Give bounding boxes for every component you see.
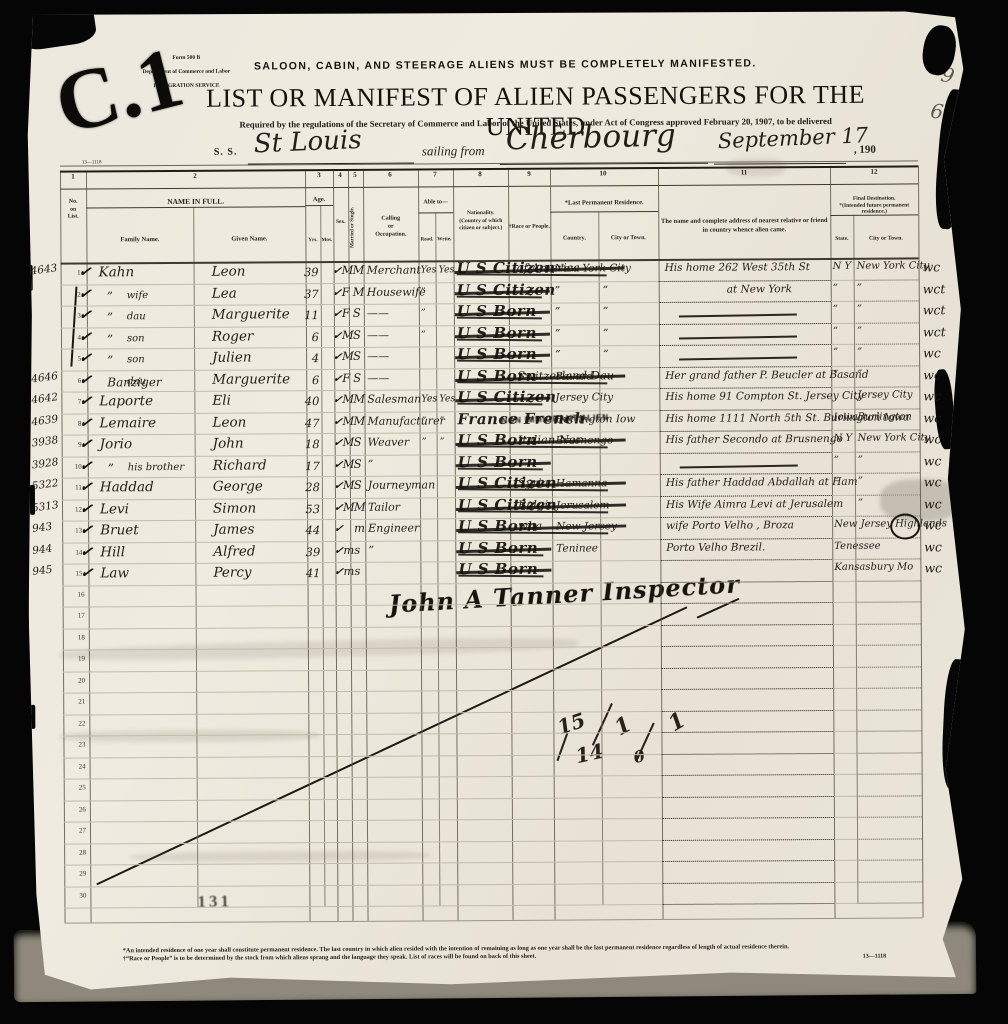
year-label: , 190 [854,144,876,156]
col12-dotted-line [857,838,922,839]
read-value: ” [421,329,426,340]
residence-country: ” [555,349,560,361]
marital-value: S [353,349,361,363]
col11-dotted-line [662,881,834,883]
age-value: 6 [301,330,319,344]
destination-city: New York City [857,260,930,271]
age-value: 28 [302,480,320,494]
column-number: 3 [311,171,327,179]
header-mos: Mos. [320,237,333,243]
col11-dotted-line [662,752,834,754]
family-name: Laporte [99,393,153,409]
occupation-value: —— [367,328,389,341]
relative-address: His home 262 West 35th St [665,261,810,274]
nationality-note: Belgia [518,497,555,511]
column-number: 10 [595,169,611,177]
destination-state: ” [834,476,839,487]
relative-address: His Wife Aimra Levi at Jerusalem [666,497,843,510]
sailing-date: September 17 [717,123,868,153]
residence-city: ” [603,305,608,317]
destination-city: ” [858,454,863,465]
check-mark: ✓ [78,283,93,303]
residence-country: Brusnengo [556,434,614,446]
sailing-from-label: sailing from [422,143,485,159]
scanned-manifest-page: Form 500 B Department of Commerce and La… [0,0,1008,1024]
header-city: City or Town. [598,235,658,241]
marital-value: S [353,306,361,320]
margin-check-mark: wc [924,560,942,575]
read-value: ” [421,286,426,297]
footer-form-code: 13—1118 [863,954,886,960]
residence-country: ” [555,327,560,339]
destination-city: ” [857,325,862,336]
header-country: Country. [550,235,598,241]
given-name: Alfred [213,543,255,559]
header-given: Given Name. [193,235,305,243]
column-number: 11 [736,168,752,176]
header-dest-city: City or Town. [853,235,918,241]
relative-dash-line [679,314,797,317]
column-number: 8 [472,170,488,178]
torn-edge-blob [940,659,970,790]
torn-edge-blob [14,0,97,52]
check-mark: ✓ [79,498,94,518]
col12-dotted-line [856,666,921,667]
given-name: Marguerite [212,306,290,322]
residence-country: Hamanna [556,477,607,489]
occupation-value: Engineer [368,521,419,534]
check-mark: ✓ [78,391,93,411]
relationship: son [127,333,145,344]
smudge [130,850,430,862]
residence-country: New Jersey [556,520,617,532]
header-relative: The name and complete address of nearest… [658,216,830,235]
margin-check-mark: wc [924,496,942,511]
row-number: 18 [65,633,85,641]
residence-country: Jersey City [555,391,613,403]
margin-group-number: 4646 [31,370,59,385]
destination-city: Burlington [857,411,911,422]
tally-digit: 1 [610,711,636,741]
residence-city: ” [603,284,608,296]
row-number: 25 [66,784,86,792]
occupation-value: —— [367,371,389,384]
col11-dotted-line [661,623,833,625]
col12-dotted-line [857,816,922,817]
marital-value: M [353,263,365,277]
margin-check-mark: wc [924,453,942,468]
row-number: 29 [66,870,86,878]
cross-out-stroke [457,338,542,341]
col12-dotted-line [857,795,922,796]
age-value: 40 [301,394,319,408]
given-name: Eli [212,393,231,409]
family-name: Levi [100,501,129,517]
margin-group-number: 4643 [30,262,58,277]
col11-dotted-line [661,688,833,690]
check-mark: ✓ [79,563,94,583]
residence-country: ” [555,284,560,296]
col12-dotted-line [857,902,922,903]
family-name: Hill [100,544,125,560]
given-name: James [213,521,254,537]
age-value: 39 [302,545,320,559]
header-read: Read. [418,236,435,242]
header-nationality: Nationality. (Country of which citizen o… [453,210,508,233]
header-no: No. on List. [60,199,86,222]
grid-hline [60,183,918,189]
margin-check-mark: wc [923,367,941,382]
read-value: ” [422,436,427,447]
margin-check-mark: wc [924,474,942,489]
header-calling: Calling or Occupation. [363,214,418,238]
age-value: 6 [301,373,319,387]
check-mark: ✓ [78,412,93,432]
marital-value: S [354,435,362,449]
col12-dotted-line [857,773,922,774]
col11-dotted-line [661,602,833,604]
diagonal-line-short [697,598,740,619]
write-value: Yes [439,264,455,275]
marital-value: S [354,456,362,470]
marital-value: s [354,564,360,578]
age-value: 18 [302,437,320,451]
destination-state: N Y [834,433,853,444]
age-value: 4 [301,351,319,365]
grid-header-rule [418,212,453,213]
occupation-value: Weaver [368,436,410,449]
age-value: 53 [302,502,320,516]
check-mark: ✓ [79,520,94,540]
header-name: NAME IN FULL. [86,196,305,206]
manifest-paper: Form 500 B Department of Commerce and La… [25,9,971,995]
family-name: Haddad [100,479,154,495]
col11-dotted-line [662,817,834,819]
write-value: ” [439,415,444,426]
age-value: 39 [301,265,319,279]
header-able: Able to— [418,199,453,205]
destination-city: ” [858,476,863,487]
check-mark: ✓ [78,434,93,454]
row-number: 22 [65,719,85,727]
relative-address: His father Secondo at Brusnengo [666,433,843,446]
destination-state: Kansasbury Mo [834,561,913,572]
col11-dotted-line [662,903,834,905]
row-number: 21 [65,698,85,706]
header-age: Age. [305,196,333,203]
marital-value: M [353,392,365,406]
relative-address: Porto Velho Brezil. [666,541,765,554]
destination-state: Iowa [833,411,858,422]
residence-country: New York City [555,262,631,274]
row-number: 24 [66,762,86,770]
margin-group-number: 5313 [31,499,59,514]
col12-dotted-line [856,730,921,731]
relationship: wife [127,290,148,301]
margin-check-mark: wc [923,410,941,425]
residence-city: ” [603,348,608,360]
occupation-value: —— [367,307,389,320]
residence-country: ” [555,306,560,318]
occupation-value: Tailor [368,500,400,513]
header-married: Married or Single. [349,199,362,257]
family-name: ” [108,461,114,475]
check-mark: ✓ [78,369,93,389]
occupation-value: Merchant [367,263,421,276]
destination-state: ” [833,347,838,358]
margin-group-number: 944 [32,542,53,556]
marital-value: S [353,327,361,341]
occupation-value: ” [368,457,374,470]
family-name: Law [100,565,129,581]
given-name: Simon [213,500,256,516]
destination-state: N Y [833,261,852,272]
relationship: his brother [128,461,184,472]
margin-group-number: 5322 [31,477,59,492]
margin-check-mark: wc [924,539,942,554]
write-value: ” [440,436,445,447]
check-mark: ✓ [79,455,94,475]
table-row: 94515✓LawPercy41✓msU S BornKansasbury Mo… [28,558,968,586]
residence-country: Burlington Iow [555,413,635,425]
header-dest: Final Destination. *(Intended future per… [830,195,918,215]
header-yrs: Yrs. [305,237,320,243]
grid-header-rule [86,206,305,208]
sex-value: m [343,564,354,578]
margin-check-mark: wct [923,302,946,317]
margin-group-number: 3928 [31,456,59,471]
row-number: 30 [66,891,86,899]
col12-dotted-line [856,709,921,710]
check-mark: ✓ [77,262,92,282]
column-number: 6 [382,171,398,179]
given-name: Leon [212,264,246,280]
destination-city: ” [857,304,862,315]
age-value: 37 [301,287,319,301]
destination-state: ” [833,368,838,379]
row-number: 28 [66,848,86,856]
sex-value: F [342,284,350,298]
write-value: Yes [439,393,455,404]
destination-city: ” [858,497,863,508]
margin-group-number: 945 [32,564,53,578]
given-name: Leon [212,414,246,430]
ship-name: St Louis [253,125,362,159]
read-value: Yes [421,393,437,404]
margin-group-number: 4639 [31,413,59,428]
residence-country: Teninee [556,542,598,554]
age-value: 17 [302,459,320,473]
relative-address: His father Haddad Abdallah at Ham [666,476,858,489]
family-name: Jorio [100,436,133,452]
col11-dotted-line [662,860,834,862]
sex-value: m [343,542,354,556]
col12-dotted-line [856,623,921,624]
col12-dotted-line [856,601,921,602]
col12-dotted-line [857,752,922,753]
marital-value: m [354,521,365,535]
row-number: 17 [65,612,85,620]
margin-check-mark: wc [923,345,941,360]
header-sex: Sex. [333,219,348,225]
col12-dotted-line [857,881,922,882]
col12-dotted-line [857,859,922,860]
check-mark: ✓ [78,305,93,325]
row-number: 27 [66,827,86,835]
marital-value: S [353,370,361,384]
given-name: Percy [213,565,251,581]
column-number: 4 [332,171,348,179]
ss-label: S. S. [214,147,238,158]
header-write: Write. [435,236,453,242]
header-family: Family Name. [86,236,193,244]
relative-address: wife Porto Velho , Broza [666,519,794,532]
margin-check-mark: wc [924,517,942,532]
age-value: 41 [302,566,320,580]
sex-value: F [342,370,350,384]
destination-city: Jersey City [857,389,912,400]
col11-dotted-line [662,795,834,797]
margin-check-mark: wct [923,281,946,296]
check-mark: ✓ [78,326,93,346]
grid-header-rule [305,205,333,206]
margin-check-mark: wc [924,431,942,446]
destination-city: New York City [858,432,931,443]
margin-check-mark: wc [923,388,941,403]
row-number: 23 [65,741,85,749]
read-value: ” [421,307,426,318]
destination-city: ” [857,282,862,293]
marital-value: M [353,413,365,427]
check-mark: ✓ [78,348,93,368]
occupation-value: Manufacturer [367,414,444,427]
relationship: son [127,354,145,365]
destination-state: Tenessee [834,540,880,551]
page-number-stamp: 131 [197,891,232,912]
age-value: 11 [301,308,319,322]
margin-check-mark: wct [923,324,946,339]
given-name: Richard [213,457,267,473]
given-name: Roger [212,328,253,344]
cross-out-stroke [457,295,542,298]
marital-value: s [354,542,360,556]
family-name: ” [107,353,113,367]
given-name: Julien [212,350,252,366]
check-mark: ✓ [79,541,94,561]
relative-address: His home 91 Compton St. Jersey City [665,390,863,403]
header-lastres: *Last Permanent Residence. [550,199,658,207]
relationship: dau [127,311,146,322]
age-value: 47 [301,416,319,430]
column-number: 9 [521,170,537,178]
margin-group-number: 3938 [31,434,59,449]
tally-digit: 15 [554,708,588,740]
check-mark: ✓ [79,477,94,497]
margin-check-mark: wc [923,259,941,274]
column-number: 12 [866,168,882,176]
row-number: 26 [66,805,86,813]
destination-city: ” [857,347,862,358]
destination-state: ” [833,304,838,315]
scrawl-circle [890,513,920,539]
grid-header-rule [830,214,918,216]
occupation-value: —— [367,350,389,363]
marital-value: S [354,478,362,492]
residence-country: Bavard [555,370,593,382]
binding-mark [29,705,35,729]
given-name: Lea [212,285,237,301]
marital-value: M [354,499,366,513]
row-number: 20 [65,676,85,684]
tally-marks: 1514101 [549,683,740,799]
col11-dotted-line [661,666,833,668]
destination-state: ” [833,325,838,336]
cross-out-stroke [458,553,543,556]
occupation-value: ” [368,543,374,556]
family-name: ” [107,310,113,324]
relative-address: at New York [727,283,792,295]
col11-dotted-line [662,774,834,776]
family-name: ” [107,289,113,303]
column-number: 2 [187,172,203,180]
destination-city: ” [857,368,862,379]
relationship: dau [127,376,146,387]
given-name: George [213,478,263,494]
row-number: 16 [65,590,85,598]
col11-dotted-line [662,838,834,840]
marital-value: M [353,284,365,298]
residence-country: Jerusalem [556,499,609,511]
grid-hline [65,917,923,923]
col12-dotted-line [856,644,921,645]
col11-dotted-line [661,709,833,711]
read-value: ” [421,415,426,426]
residence-city: ” [603,327,608,339]
grid-header-rule [550,211,658,213]
cross-out-stroke [458,467,543,470]
header-state: State. [830,236,853,242]
margin-group-number: 943 [31,521,52,535]
occupation-value: Salesman [367,392,421,405]
read-value: Yes [421,264,437,275]
age-value: 44 [302,523,320,537]
relative-dash-line [679,335,797,338]
column-number: 1 [65,173,81,181]
family-name: Lemaire [99,415,156,431]
column-number: 7 [427,170,443,178]
relative-dash-line [679,357,797,360]
check-mark: ✓ [334,522,344,536]
sex-value: F [342,306,350,320]
given-name: Marguerite [212,371,290,387]
family-name: Bruet [100,522,139,538]
column-number: 5 [347,171,363,179]
port-name: Cherbourg [505,117,676,157]
given-name: John [213,436,244,452]
family-name: ” [107,332,113,346]
col11-dotted-line [661,645,833,647]
occupation-value: Housewife [367,285,426,298]
destination-state: ” [834,454,839,465]
col12-dotted-line [856,687,921,688]
family-name: Kahn [99,264,135,280]
occupation-value: Journeyman [368,478,435,491]
margin-group-number: 4642 [31,391,59,406]
col11-dotted-line [661,731,833,733]
destination-state: ” [833,282,838,293]
banner-line: SALOON, CABIN, AND STEERAGE ALIENS MUST … [195,57,815,73]
row-number: 19 [65,655,85,663]
